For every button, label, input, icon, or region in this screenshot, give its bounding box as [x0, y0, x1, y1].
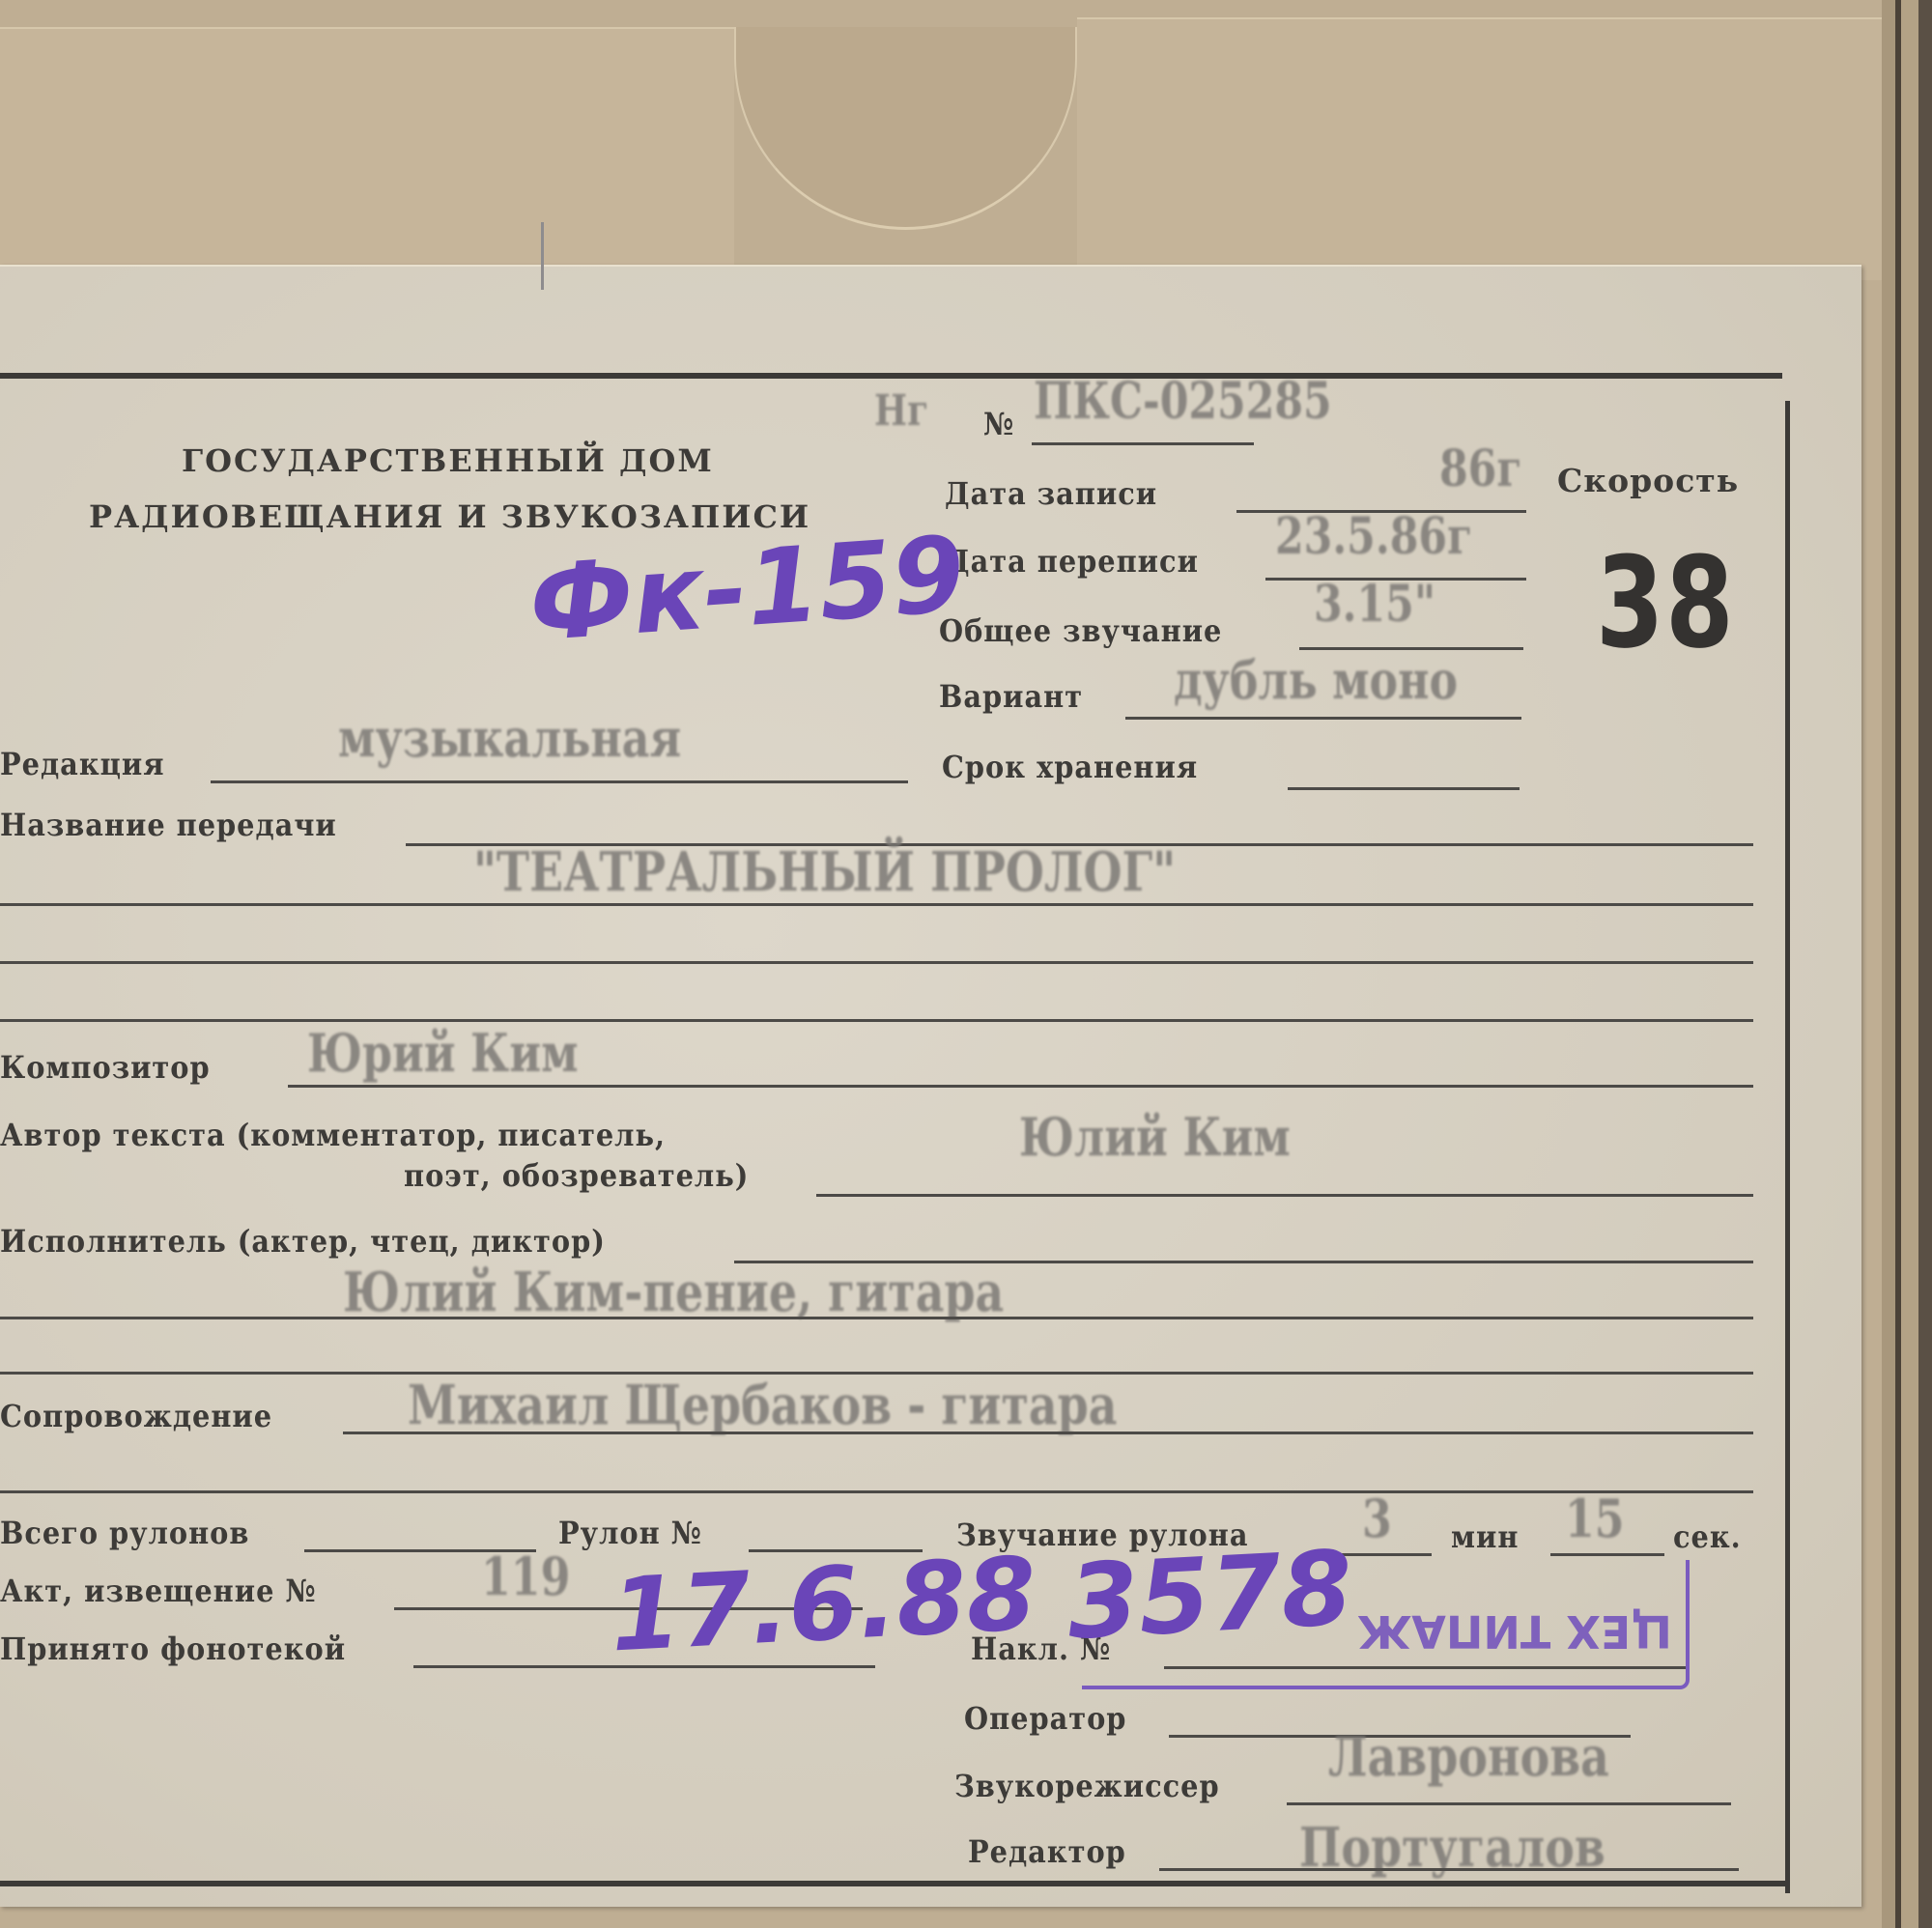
editorial-underline: [211, 780, 908, 783]
envelope-edge: [1901, 0, 1918, 1928]
sound-engineer-value: Лавронова: [1328, 1725, 1609, 1789]
author-value: Юлий Ким: [1019, 1106, 1291, 1168]
library-stamp-text: ЦЕХ ТИПАЖ: [1357, 1605, 1672, 1658]
envelope-edge: [1882, 0, 1895, 1928]
frame-right-border: [1785, 401, 1790, 1893]
editor-label: Редактор: [968, 1833, 1126, 1870]
total-duration-label: Общее звучание: [939, 612, 1222, 649]
speed-value: 38: [1596, 529, 1735, 676]
recording-date-value: 86г: [1439, 439, 1521, 498]
roll-minutes-value: 3: [1362, 1488, 1392, 1549]
roll-number-label: Рулон №: [558, 1515, 702, 1551]
program-label: Название передачи: [0, 807, 337, 843]
seconds-label: сек.: [1673, 1518, 1742, 1555]
program-underline-2: [0, 903, 1753, 906]
rewrite-date-value: 23.5.86г: [1275, 507, 1472, 566]
performer-value: Юлий Ким-пение, гитара: [343, 1261, 1004, 1324]
editor-underline: [1159, 1868, 1739, 1871]
composer-underline: [288, 1085, 1753, 1088]
org-name-line1: ГОСУДАРСТВЕННЫЙ ДОМ: [182, 442, 714, 479]
editorial-value: музыкальная: [338, 707, 681, 769]
performer-underline-2: [0, 1317, 1753, 1319]
accompaniment-label: Сопровождение: [0, 1398, 272, 1434]
total-duration-value: 3.15": [1314, 575, 1435, 634]
recording-date-label: Дата записи: [945, 475, 1157, 512]
accompaniment-underline: [343, 1432, 1753, 1434]
program-underline-4: [0, 1019, 1753, 1022]
minutes-label: мин: [1451, 1518, 1519, 1555]
invoice-underline: [1164, 1666, 1686, 1669]
program-value: "ТЕАТРАЛЬНЫЙ ПРОЛОГ": [473, 840, 1176, 904]
accompaniment-value: Михаил Щербаков - гитара: [408, 1374, 1118, 1437]
program-underline-3: [0, 961, 1753, 964]
sound-engineer-label: Звукорежиссер: [954, 1768, 1220, 1804]
envelope-flap-left: [0, 27, 734, 280]
roll-seconds-value: 15: [1565, 1488, 1625, 1549]
act-value: 119: [481, 1545, 570, 1607]
storage-label: Срок хранения: [942, 749, 1198, 785]
author-label-line2: поэт, обозреватель): [404, 1157, 749, 1194]
record-prefix: Нг: [874, 386, 928, 436]
roll-seconds-underline: [1550, 1553, 1664, 1556]
envelope-edge: [1918, 0, 1932, 1928]
author-underline: [816, 1194, 1753, 1197]
operator-label: Оператор: [964, 1700, 1126, 1737]
storage-underline: [1288, 787, 1520, 790]
frame-top-border: [0, 373, 1782, 379]
sound-engineer-underline: [1287, 1802, 1731, 1805]
variant-underline: [1125, 717, 1521, 720]
pencil-mark: [541, 222, 544, 290]
editorial-label: Редакция: [0, 746, 165, 782]
act-label: Акт, извещение №: [0, 1573, 317, 1609]
speed-label: Скорость: [1557, 462, 1739, 499]
composer-label: Композитор: [0, 1049, 211, 1086]
number-label: №: [983, 406, 1014, 442]
handwritten-invoice-number: 3578: [1065, 1528, 1355, 1661]
author-label-line1: Автор текста (комментатор, писатель,: [0, 1117, 666, 1153]
composer-value: Юрий Ким: [307, 1022, 579, 1084]
rewrite-date-label: Дата переписи: [945, 543, 1199, 580]
record-number-value: ПКС-025285: [1034, 372, 1332, 431]
total-rolls-label: Всего рулонов: [0, 1515, 249, 1551]
performer-label: Исполнитель (актер, чтец, диктор): [0, 1223, 606, 1260]
accepted-label: Принято фонотекой: [0, 1630, 346, 1667]
section-divider: [0, 1490, 1753, 1493]
org-name-line2: РАДИОВЕЩАНИЯ И ЗВУКОЗАПИСИ: [89, 498, 810, 535]
variant-value: дубль моно: [1174, 649, 1458, 711]
variant-label: Вариант: [939, 678, 1083, 715]
number-underline: [1032, 442, 1254, 445]
frame-bottom-border: [0, 1881, 1785, 1886]
envelope-flap-right: [1077, 17, 1893, 280]
